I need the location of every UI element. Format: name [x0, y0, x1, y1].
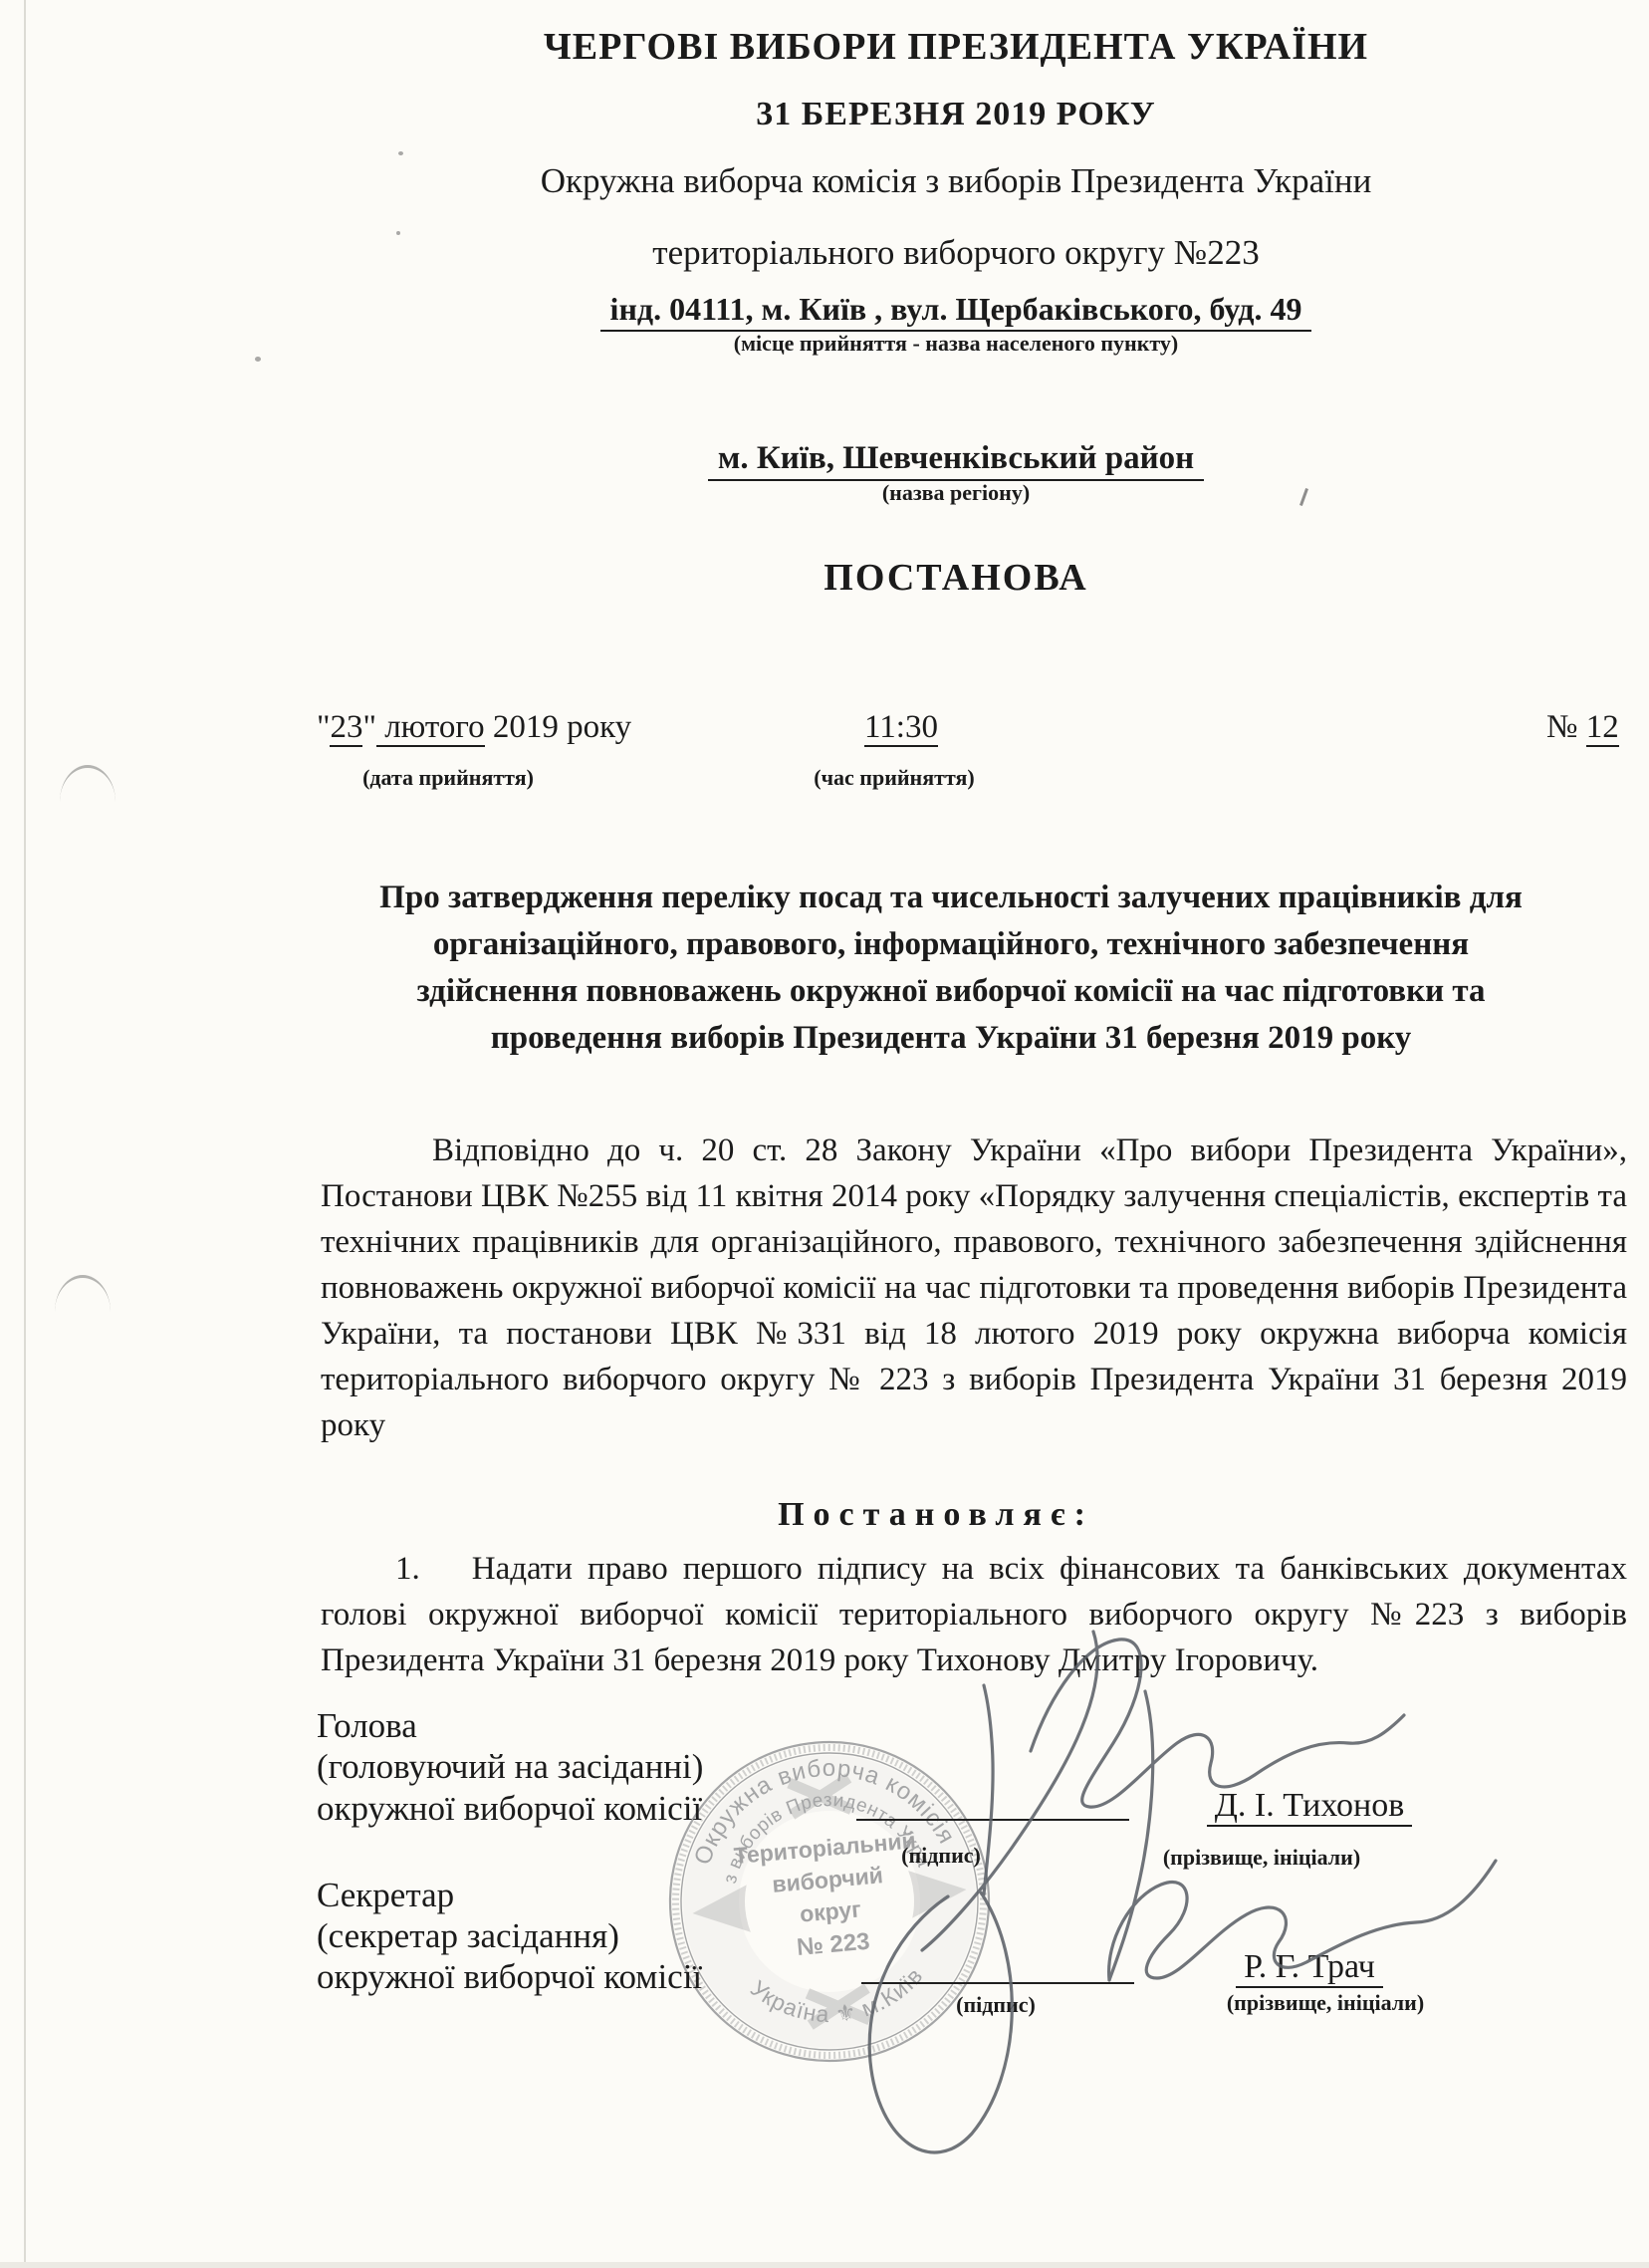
header-commission-line2: територіального виборчого округу №223	[259, 233, 1649, 273]
subject-line: організаційного, правового, інформаційно…	[254, 921, 1648, 968]
chair-name: Д. І. Тихонов	[1145, 1787, 1474, 1827]
chair-sign-caption: (підпис)	[856, 1843, 1026, 1869]
time-value: 11:30	[864, 709, 938, 747]
item-1-text: Надати право першого підпису на всіх фін…	[321, 1551, 1627, 1678]
date-year: 2019 року	[485, 709, 632, 745]
secretary-ink-signature-stem	[1109, 1691, 1153, 1980]
secretary-sign-caption: (підпис)	[911, 1992, 1080, 2018]
number-value: 12	[1586, 709, 1619, 747]
scan-speck	[398, 151, 403, 155]
secretary-name: Р. Г. Трач	[1145, 1948, 1474, 1988]
address-line: інд. 04111, м. Київ , вул. Щербаківськог…	[259, 291, 1649, 332]
subject-line: проведення виборів Президента України 31…	[254, 1015, 1648, 1062]
subject-line: Про затвердження переліку посад та чисел…	[254, 875, 1648, 921]
number-sign: №	[1546, 709, 1586, 745]
secretary-name-text: Р. Г. Трач	[1236, 1948, 1383, 1988]
date-day: 23	[330, 709, 362, 747]
region-caption: (назва регіону)	[259, 480, 1649, 506]
decision-date: "23" лютого 2019 року	[317, 709, 631, 746]
scan-edge-line	[24, 0, 26, 2268]
subject-line: здійснення повноважень окружної виборчої…	[254, 968, 1648, 1015]
document-type-title: ПОСТАНОВА	[259, 556, 1649, 600]
chair-role-title: Голова	[317, 1708, 417, 1743]
decision-number: № 12	[1546, 709, 1619, 746]
time-caption: (час прийняття)	[795, 765, 994, 791]
chair-name-text: Д. І. Тихонов	[1207, 1787, 1413, 1827]
decision-time: 11:30	[864, 709, 938, 746]
region-line: м. Київ, Шевченківський район	[259, 440, 1649, 481]
chair-role-org: окружної виборчої комісії	[317, 1791, 702, 1826]
document-page: ЧЕРГОВІ ВИБОРИ ПРЕЗИДЕНТА УКРАЇНИ 31 БЕР…	[0, 0, 1649, 2268]
address-caption: (місце прийняття - назва населеного пунк…	[259, 331, 1649, 357]
secretary-role-title: Секретар	[317, 1878, 454, 1912]
stamp-center-line3: округ	[799, 1895, 862, 1926]
scan-arc-mark	[55, 1275, 111, 1312]
scan-speck	[255, 357, 261, 362]
date-close-quote: "	[362, 709, 375, 745]
header-title-line2: 31 БЕРЕЗНЯ 2019 РОКУ	[259, 96, 1649, 133]
secretary-name-caption: (прізвище, ініціали)	[1211, 1990, 1440, 2016]
chair-signature-line	[856, 1819, 1129, 1821]
date-caption: (дата прийняття)	[329, 765, 568, 791]
date-open-quote: "	[317, 709, 330, 745]
header-title-line1: ЧЕРГОВІ ВИБОРИ ПРЕЗИДЕНТА УКРАЇНИ	[259, 25, 1649, 69]
subject-paragraph: Про затвердження переліку посад та чисел…	[254, 875, 1648, 1062]
resolves-heading: Постановляє:	[239, 1496, 1633, 1534]
chair-name-caption: (прізвище, ініціали)	[1147, 1845, 1376, 1871]
secretary-role-org: окружної виборчої комісії	[317, 1959, 702, 1994]
address-text: інд. 04111, м. Київ , вул. Щербаківськог…	[600, 291, 1312, 332]
scan-bottom-edge	[0, 2262, 1649, 2268]
secretary-signature-line	[861, 1982, 1134, 1984]
date-month: лютого	[376, 709, 485, 747]
chair-role-note: (головуючий на засіданні)	[317, 1749, 703, 1784]
item-1-number: 1.	[395, 1551, 420, 1587]
item-1-paragraph: 1.Надати право першого підпису на всіх ф…	[321, 1546, 1627, 1683]
header-commission-line1: Окружна виборча комісія з виборів Презид…	[259, 161, 1649, 201]
body-paragraph: Відповідно до ч. 20 ст. 28 Закону Україн…	[321, 1128, 1627, 1448]
region-text: м. Київ, Шевченківський район	[708, 440, 1204, 481]
scan-arc-mark	[60, 765, 116, 802]
secretary-role-note: (секретар засідання)	[317, 1918, 619, 1953]
